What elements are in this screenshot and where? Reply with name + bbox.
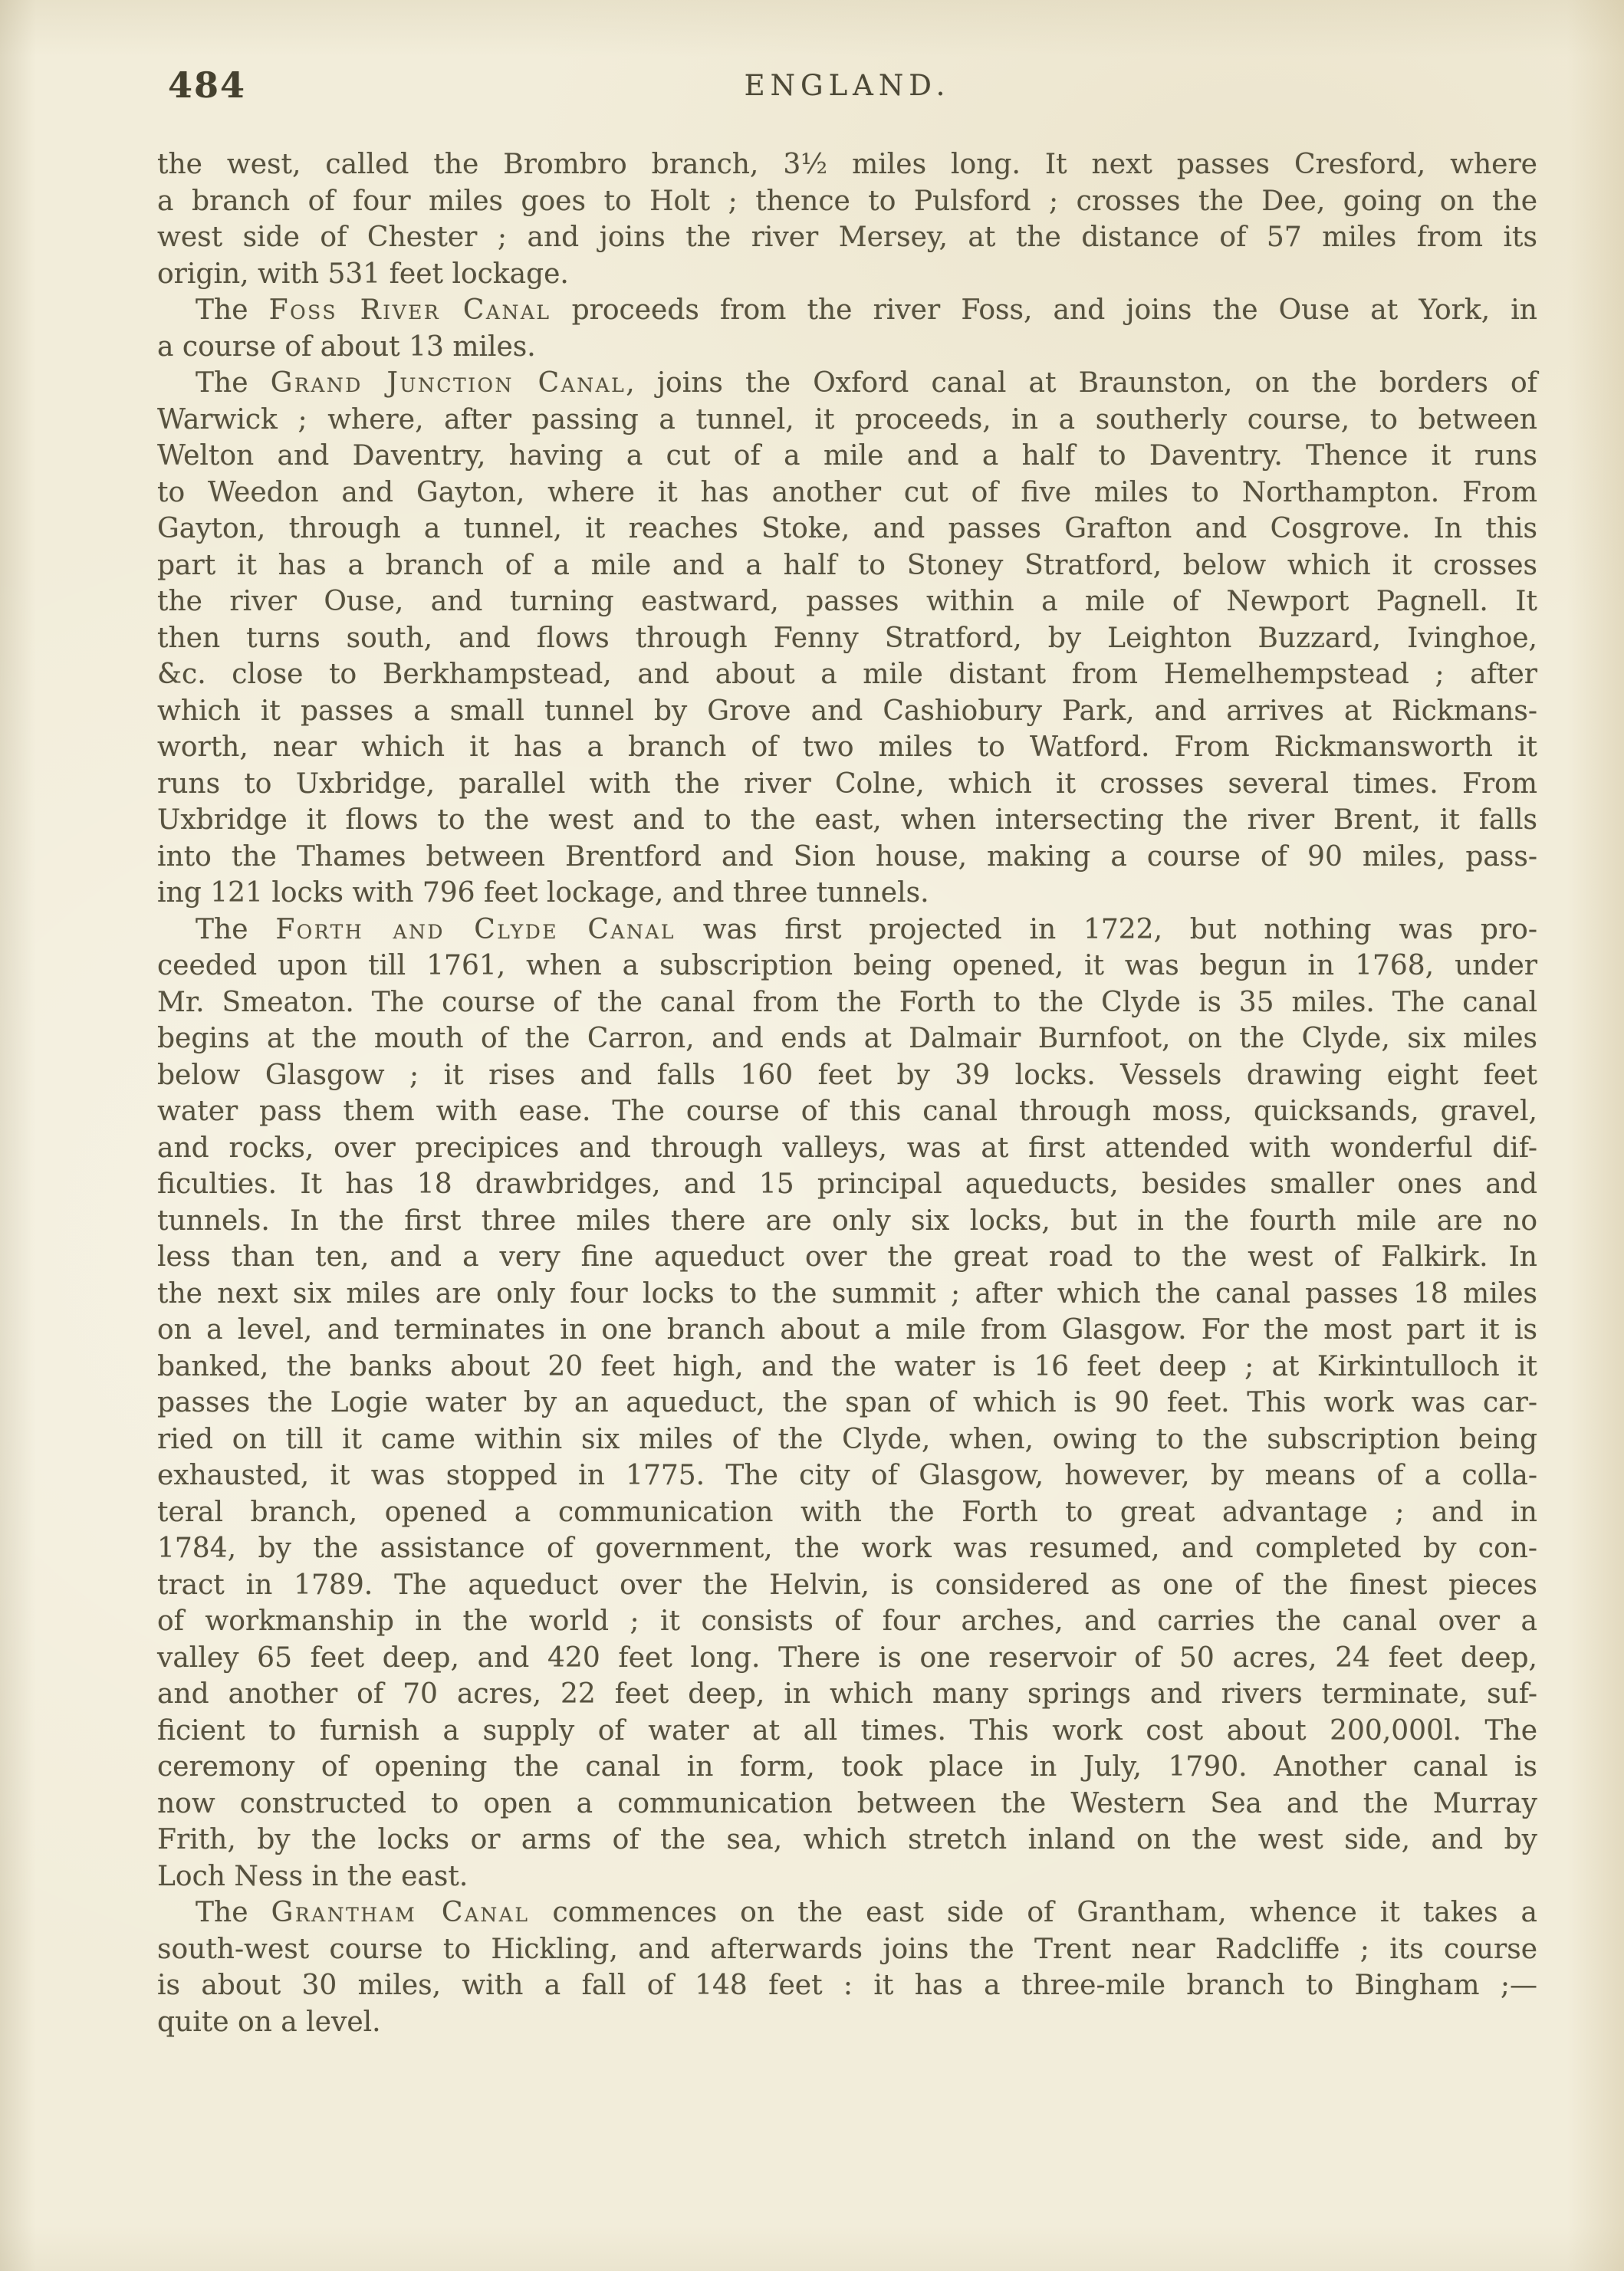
text-line: part it has a branch of a mile and a hal… (157, 547, 1537, 584)
text-line: below Glasgow ; it rises and falls 160 f… (157, 1057, 1537, 1094)
text-segment: teral branch, opened a communication wit… (157, 1497, 1537, 1528)
text-line: west side of Chester ; and joins the riv… (157, 219, 1537, 256)
text-line: a branch of four miles goes to Holt ; th… (157, 183, 1537, 220)
text-line: worth, near which it has a branch of two… (157, 729, 1537, 766)
text-line: teral branch, opened a communication wit… (157, 1494, 1537, 1531)
text-segment: The (196, 294, 269, 326)
text-segment: and another of 70 acres, 22 feet deep, i… (157, 1678, 1537, 1710)
text-line: Mr. Smeaton. The course of the canal fro… (157, 984, 1537, 1021)
text-line: Warwick ; where, after passing a tunnel,… (157, 402, 1537, 439)
text-segment: tract in 1789. The aqueduct over the Hel… (157, 1569, 1537, 1601)
text-segment: , joins the Oxford canal at Braunston, o… (626, 367, 1537, 399)
text-line: runs to Uxbridge, parallel with the rive… (157, 766, 1537, 803)
text-line: tunnels. In the first three miles there … (157, 1203, 1537, 1240)
text-line: passes the Logie water by an aqueduct, t… (157, 1385, 1537, 1421)
text-line: begins at the mouth of the Carron, and e… (157, 1020, 1537, 1057)
text-line: the next six miles are only four locks t… (157, 1276, 1537, 1313)
text-segment: Warwick ; where, after passing a tunnel,… (157, 404, 1537, 435)
text-line: now constructed to open a communication … (157, 1786, 1537, 1822)
text-line: south-west course to Hickling, and after… (157, 1931, 1537, 1968)
text-segment: quite on a level. (157, 2006, 381, 2038)
text-segment: worth, near which it has a branch of two… (157, 731, 1537, 763)
text-segment: to Weedon and Gayton, where it has anoth… (157, 477, 1537, 508)
text-line: origin, with 531 feet lockage. (157, 256, 1537, 293)
page-column: 484 ENGLAND. the west, called the Brombr… (157, 0, 1537, 2271)
text-line: of workmanship in the world ; it consist… (157, 1603, 1537, 1640)
text-segment: now constructed to open a communication … (157, 1788, 1537, 1819)
text-segment: the river Ouse, and turning eastward, pa… (157, 586, 1537, 617)
text-segment: water pass them with ease. The course of… (157, 1096, 1537, 1127)
text-line: into the Thames between Brentford and Si… (157, 839, 1537, 876)
paragraph: the west, called the Brombro branch, 3½ … (157, 146, 1537, 292)
text-segment: tunnels. In the first three miles there … (157, 1205, 1537, 1237)
scanned-book-page: { "theme": { "paper_color": "#f2edda", "… (0, 0, 1624, 2271)
canal-name-smallcaps: Foss River Canal (269, 294, 551, 326)
text-segment: commences on the east side of Grantham, … (529, 1897, 1537, 1928)
text-line: water pass them with ease. The course of… (157, 1093, 1537, 1130)
text-line: The Forth and Clyde Canal was first proj… (157, 912, 1537, 948)
text-line: to Weedon and Gayton, where it has anoth… (157, 475, 1537, 511)
page-number: 484 (168, 64, 246, 106)
text-line: the river Ouse, and turning eastward, pa… (157, 583, 1537, 620)
canal-name-smallcaps: Forth and Clyde Canal (275, 914, 676, 945)
text-segment: a branch of four miles goes to Holt ; th… (157, 186, 1537, 217)
text-segment: ficulties. It has 18 drawbridges, and 15… (157, 1168, 1537, 1200)
text-line: 1784, by the assistance of government, t… (157, 1530, 1537, 1567)
text-segment: Mr. Smeaton. The course of the canal fro… (157, 987, 1537, 1018)
text-line: ficient to furnish a supply of water at … (157, 1713, 1537, 1750)
text-segment: 1784, by the assistance of government, t… (157, 1533, 1537, 1564)
text-segment: ceeded upon till 1761, when a subscripti… (157, 950, 1537, 981)
text-segment: Loch Ness in the east. (157, 1861, 468, 1892)
text-line: Welton and Daventry, having a cut of a m… (157, 438, 1537, 475)
text-line: is about 30 miles, with a fall of 148 fe… (157, 1967, 1537, 2004)
paragraph: The Forth and Clyde Canal was first proj… (157, 912, 1537, 1895)
running-head-title: ENGLAND. (745, 69, 951, 102)
text-line: valley 65 feet deep, and 420 feet long. … (157, 1640, 1537, 1677)
text-segment: which it passes a small tunnel by Grove … (157, 695, 1537, 727)
canal-name-smallcaps: Grantham Canal (271, 1897, 530, 1928)
text-segment: passes the Logie water by an aqueduct, t… (157, 1387, 1537, 1418)
text-segment: ceremony of opening the canal in form, t… (157, 1751, 1537, 1783)
text-segment: origin, with 531 feet lockage. (157, 258, 569, 290)
text-segment: Gayton, through a tunnel, it reaches Sto… (157, 513, 1537, 544)
text-line: a course of about 13 miles. (157, 329, 1537, 366)
text-segment: Uxbridge it flows to the west and to the… (157, 804, 1537, 836)
page-header: 484 ENGLAND. (157, 64, 1537, 118)
text-line: The Foss River Canal proceeds from the r… (157, 292, 1537, 329)
text-segment: Welton and Daventry, having a cut of a m… (157, 440, 1537, 472)
text-segment: banked, the banks about 20 feet high, an… (157, 1351, 1537, 1382)
text-segment: begins at the mouth of the Carron, and e… (157, 1023, 1537, 1054)
text-segment: exhausted, it was stopped in 1775. The c… (157, 1460, 1537, 1491)
text-line: ried on till it came within six miles of… (157, 1421, 1537, 1458)
text-segment: ing 121 locks with 796 feet lockage, and… (157, 877, 929, 909)
text-line: and rocks, over precipices and through v… (157, 1130, 1537, 1167)
text-segment: ficient to furnish a supply of water at … (157, 1715, 1537, 1747)
text-line: The Grand Junction Canal, joins the Oxfo… (157, 365, 1537, 402)
text-block: the west, called the Brombro branch, 3½ … (157, 146, 1537, 2040)
text-line: less than ten, and a very fine aqueduct … (157, 1239, 1537, 1276)
text-segment: Frith, by the locks or arms of the sea, … (157, 1824, 1537, 1855)
text-line: &c. close to Berkhampstead, and about a … (157, 656, 1537, 693)
text-segment: less than ten, and a very fine aqueduct … (157, 1241, 1537, 1273)
text-segment: part it has a branch of a mile and a hal… (157, 550, 1537, 581)
text-line: Uxbridge it flows to the west and to the… (157, 802, 1537, 839)
text-line: Loch Ness in the east. (157, 1859, 1537, 1895)
text-segment: proceeds from the river Foss, and joins … (551, 294, 1537, 326)
text-line: Frith, by the locks or arms of the sea, … (157, 1822, 1537, 1859)
text-line: exhausted, it was stopped in 1775. The c… (157, 1458, 1537, 1494)
text-segment: is about 30 miles, with a fall of 148 fe… (157, 1970, 1537, 2001)
text-segment: The (196, 367, 271, 399)
text-segment: &c. close to Berkhampstead, and about a … (157, 659, 1537, 690)
text-line: ceeded upon till 1761, when a subscripti… (157, 948, 1537, 984)
text-line: The Grantham Canal commences on the east… (157, 1895, 1537, 1931)
text-segment: west side of Chester ; and joins the riv… (157, 222, 1537, 253)
text-segment: and rocks, over precipices and through v… (157, 1132, 1537, 1164)
text-segment: below Glasgow ; it rises and falls 160 f… (157, 1060, 1537, 1091)
paragraph: The Grantham Canal commences on the east… (157, 1895, 1537, 2040)
text-segment: valley 65 feet deep, and 420 feet long. … (157, 1642, 1537, 1674)
text-segment: on a level, and terminates in one branch… (157, 1314, 1537, 1346)
text-segment: then turns south, and flows through Fenn… (157, 623, 1537, 654)
text-line: ceremony of opening the canal in form, t… (157, 1749, 1537, 1786)
canal-name-smallcaps: Grand Junction Canal (271, 367, 626, 399)
text-line: ing 121 locks with 796 feet lockage, and… (157, 875, 1537, 912)
text-line: Gayton, through a tunnel, it reaches Sto… (157, 511, 1537, 547)
paragraph: The Grand Junction Canal, joins the Oxfo… (157, 365, 1537, 912)
text-line: tract in 1789. The aqueduct over the Hel… (157, 1567, 1537, 1604)
text-line: ficulties. It has 18 drawbridges, and 15… (157, 1166, 1537, 1203)
text-line: which it passes a small tunnel by Grove … (157, 693, 1537, 730)
text-segment: of workmanship in the world ; it consist… (157, 1605, 1537, 1637)
text-line: on a level, and terminates in one branch… (157, 1312, 1537, 1349)
paragraph: The Foss River Canal proceeds from the r… (157, 292, 1537, 365)
text-segment: the next six miles are only four locks t… (157, 1278, 1537, 1310)
text-segment: The (196, 914, 275, 945)
text-line: quite on a level. (157, 2004, 1537, 2041)
text-segment: The (196, 1897, 271, 1928)
text-line: banked, the banks about 20 feet high, an… (157, 1349, 1537, 1385)
text-segment: was first projected in 1722, but nothing… (676, 914, 1537, 945)
text-segment: south-west course to Hickling, and after… (157, 1934, 1537, 1965)
text-segment: a course of about 13 miles. (157, 331, 536, 363)
text-line: and another of 70 acres, 22 feet deep, i… (157, 1676, 1537, 1713)
text-line: the west, called the Brombro branch, 3½ … (157, 146, 1537, 183)
text-line: then turns south, and flows through Fenn… (157, 620, 1537, 657)
text-segment: ried on till it came within six miles of… (157, 1424, 1537, 1455)
text-segment: the west, called the Brombro branch, 3½ … (157, 149, 1537, 180)
text-segment: runs to Uxbridge, parallel with the rive… (157, 768, 1537, 800)
text-segment: into the Thames between Brentford and Si… (157, 841, 1537, 873)
